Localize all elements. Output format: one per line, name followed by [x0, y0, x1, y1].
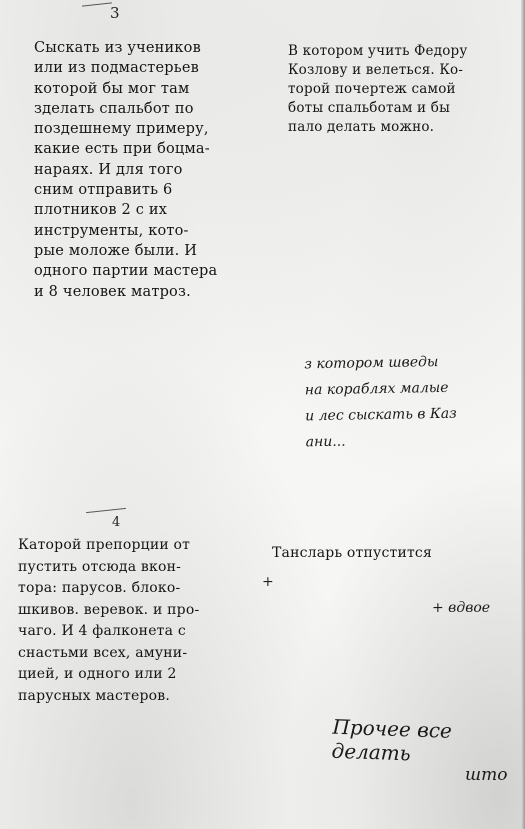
text-line: Козлову и велеться. Ко- — [288, 61, 468, 80]
text-line: боты спальботам и бы — [288, 99, 468, 118]
text-line: нараях. И для того — [34, 160, 217, 180]
ink-stroke — [86, 508, 126, 513]
text-line: зделать спальбот по — [34, 99, 217, 119]
note-line: ани... — [305, 427, 457, 456]
section-3-left-column: Сыскать из учеников или из подмастерьев … — [34, 38, 217, 302]
text-line: пало делать можно. — [288, 118, 468, 137]
text-line: снастьми всех, амуни- — [18, 643, 199, 665]
signature-line-2: што — [465, 765, 507, 785]
text-line: цией, и одного или 2 — [18, 664, 199, 686]
page-edge-shadow — [521, 0, 525, 829]
text-line: Тансларь отпустится — [272, 545, 432, 561]
page-number-3: 3 — [110, 4, 120, 22]
text-line: рые моложе были. И — [34, 241, 217, 261]
note-line: на кораблях малые — [305, 375, 457, 404]
page-number-4: 4 — [112, 515, 120, 530]
ink-stroke — [82, 2, 112, 6]
margin-cross-mark: + — [262, 574, 274, 590]
text-line: торой почертеж самой — [288, 80, 468, 99]
cursive-marginal-note: з котором шведы на кораблях малые и лес … — [304, 349, 457, 456]
text-line: В котором учить Федору — [288, 42, 468, 61]
manuscript-page: 3 Сыскать из учеников или из подмастерье… — [0, 0, 525, 829]
note-line: и лес сыскать в Каз — [305, 401, 457, 430]
section-3-right-column: В котором учить Федору Козлову и велетьс… — [288, 42, 468, 137]
text-line: тора: парусов. блоко- — [18, 578, 199, 600]
section-4-right-column: Тансларь отпустится — [272, 545, 432, 561]
text-line: чаго. И 4 фалконета с — [18, 621, 199, 643]
text-line: или из подмастерьев — [34, 58, 217, 78]
text-line: которой бы мог там — [34, 79, 217, 99]
text-line: шкивов. веревок. и про- — [18, 600, 199, 622]
section-4-left-column: Каторой препорции от пустить отсюда вкон… — [18, 535, 199, 707]
text-line: инструменты, кото- — [34, 221, 217, 241]
text-line: Сыскать из учеников — [34, 38, 217, 58]
text-line: пустить отсюда вкон- — [18, 557, 199, 579]
note-line: з котором шведы — [304, 349, 456, 378]
text-line: поздешнему примеру, — [34, 119, 217, 139]
text-line: и 8 человек матроз. — [34, 282, 217, 302]
cursive-addition: + вдвое — [432, 600, 490, 616]
text-line: одного партии мастера — [34, 261, 217, 281]
text-line: Каторой препорции от — [18, 535, 199, 557]
text-line: сним отправить 6 — [34, 180, 217, 200]
text-line: парусных мастеров. — [18, 686, 199, 708]
signature-line-1: Прочее все делать — [331, 715, 525, 770]
text-line: плотников 2 с их — [34, 200, 217, 220]
text-line: какие есть при боцма- — [34, 139, 217, 159]
